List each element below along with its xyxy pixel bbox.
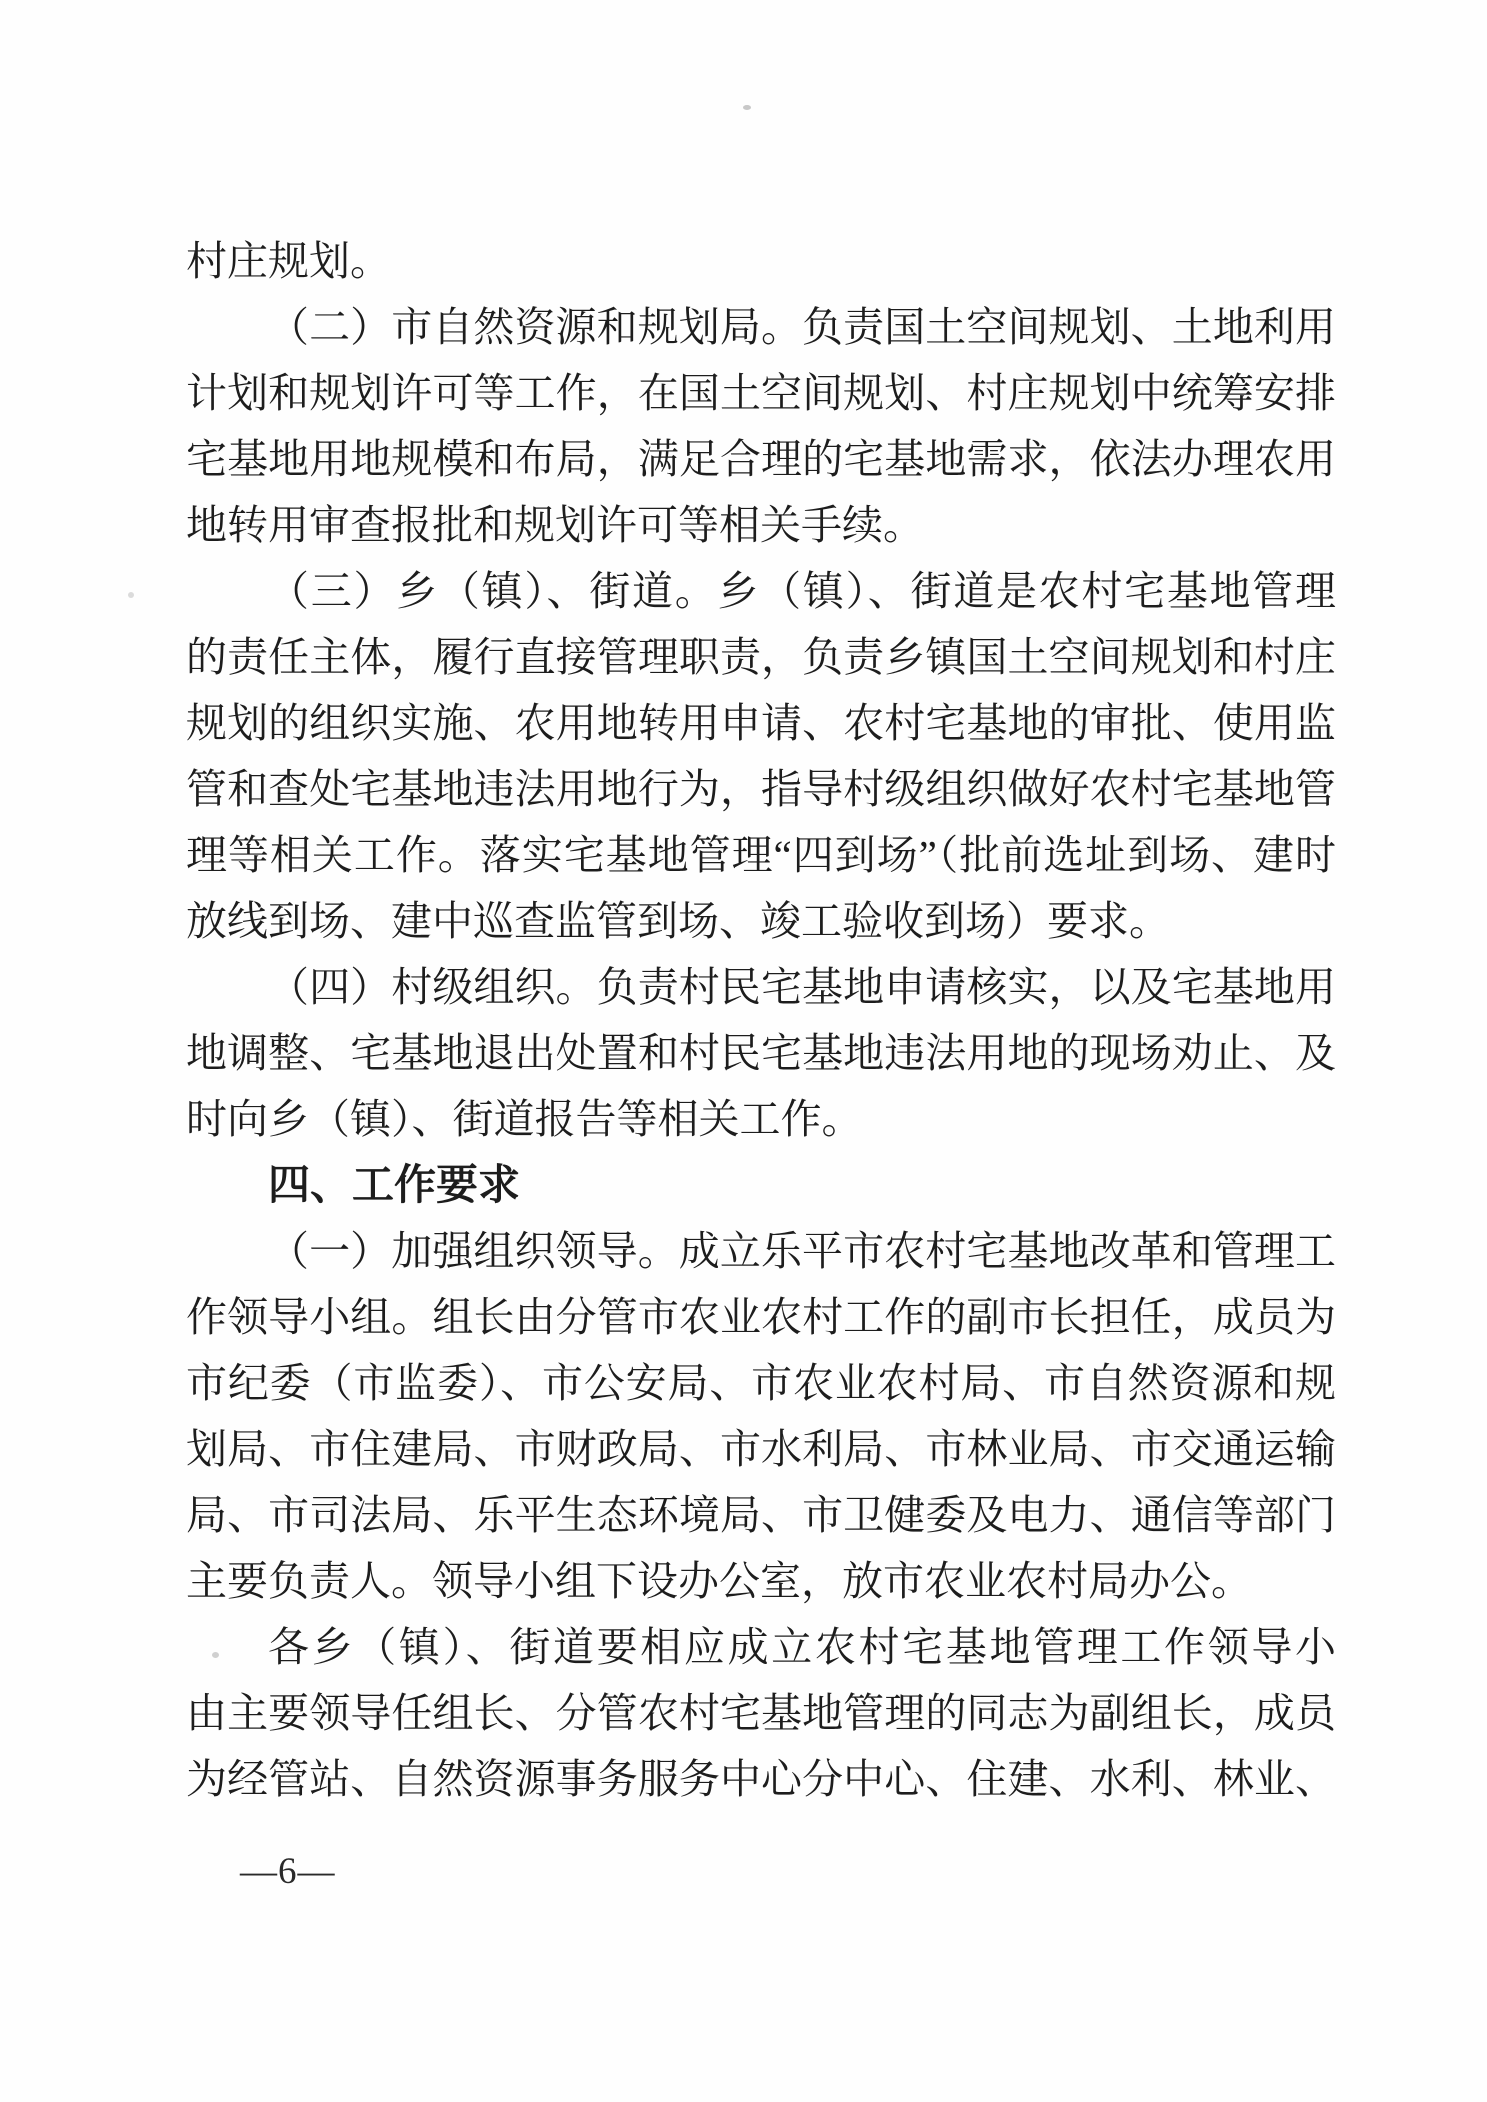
text-line: 为经管站、自然资源事务服务中心分中心、住建、水利、林业、 xyxy=(186,1746,1336,1812)
text-line: （三）乡（镇）、街道。乡（镇）、街道是农村宅基地管理 xyxy=(186,558,1336,624)
text-line: 计划和规划许可等工作，在国土空间规划、村庄规划中统筹安排 xyxy=(186,360,1336,426)
text-line: 的责任主体，履行直接管理职责，负责乡镇国土空间规划和村庄 xyxy=(186,624,1336,690)
text-line: 理等相关工作。落实宅基地管理“四到场”（批前选址到场、建时 xyxy=(186,822,1336,888)
text-line: 地调整、宅基地退出处置和村民宅基地违法用地的现场劝止、及 xyxy=(186,1020,1336,1086)
text-line: 主要负责人。领导小组下设办公室，放市农业农村局办公。 xyxy=(186,1548,1336,1614)
document-page: 村庄规划。（二）市自然资源和规划局。负责国土空间规划、土地利用计划和规划许可等工… xyxy=(0,0,1487,2102)
text-line: 市纪委（市监委）、市公安局、市农业农村局、市自然资源和规 xyxy=(186,1350,1336,1416)
text-line: 由主要领导任组长、分管农村宅基地管理的同志为副组长，成员 xyxy=(186,1680,1336,1746)
text-line: 各乡（镇）、街道要相应成立农村宅基地管理工作领导小组， xyxy=(186,1614,1336,1680)
text-line: （二）市自然资源和规划局。负责国土空间规划、土地利用 xyxy=(186,294,1336,360)
document-body: 村庄规划。（二）市自然资源和规划局。负责国土空间规划、土地利用计划和规划许可等工… xyxy=(186,228,1336,1812)
page-number: —6— xyxy=(240,1850,336,1893)
text-line: 规划的组织实施、农用地转用申请、农村宅基地的审批、使用监 xyxy=(186,690,1336,756)
text-line: （一）加强组织领导。成立乐平市农村宅基地改革和管理工 xyxy=(186,1218,1336,1284)
text-line: 村庄规划。 xyxy=(186,228,1336,294)
text-line: 放线到场、建中巡查监管到场、竣工验收到场）要求。 xyxy=(186,888,1336,954)
text-line: 划局、市住建局、市财政局、市水利局、市林业局、市交通运输 xyxy=(186,1416,1336,1482)
text-line: 宅基地用地规模和布局，满足合理的宅基地需求，依法办理农用 xyxy=(186,426,1336,492)
text-line: 局、市司法局、乐平生态环境局、市卫健委及电力、通信等部门 xyxy=(186,1482,1336,1548)
scan-speck xyxy=(743,105,751,110)
text-line: 时向乡（镇）、街道报告等相关工作。 xyxy=(186,1086,1336,1152)
section-heading: 四、工作要求 xyxy=(186,1152,1336,1218)
text-line: （四）村级组织。负责村民宅基地申请核实，以及宅基地用 xyxy=(186,954,1336,1020)
text-line: 地转用审查报批和规划许可等相关手续。 xyxy=(186,492,1336,558)
text-line: 管和查处宅基地违法用地行为，指导村级组织做好农村宅基地管 xyxy=(186,756,1336,822)
scan-speck xyxy=(128,592,134,598)
text-line: 作领导小组。组长由分管市农业农村工作的副市长担任，成员为 xyxy=(186,1284,1336,1350)
